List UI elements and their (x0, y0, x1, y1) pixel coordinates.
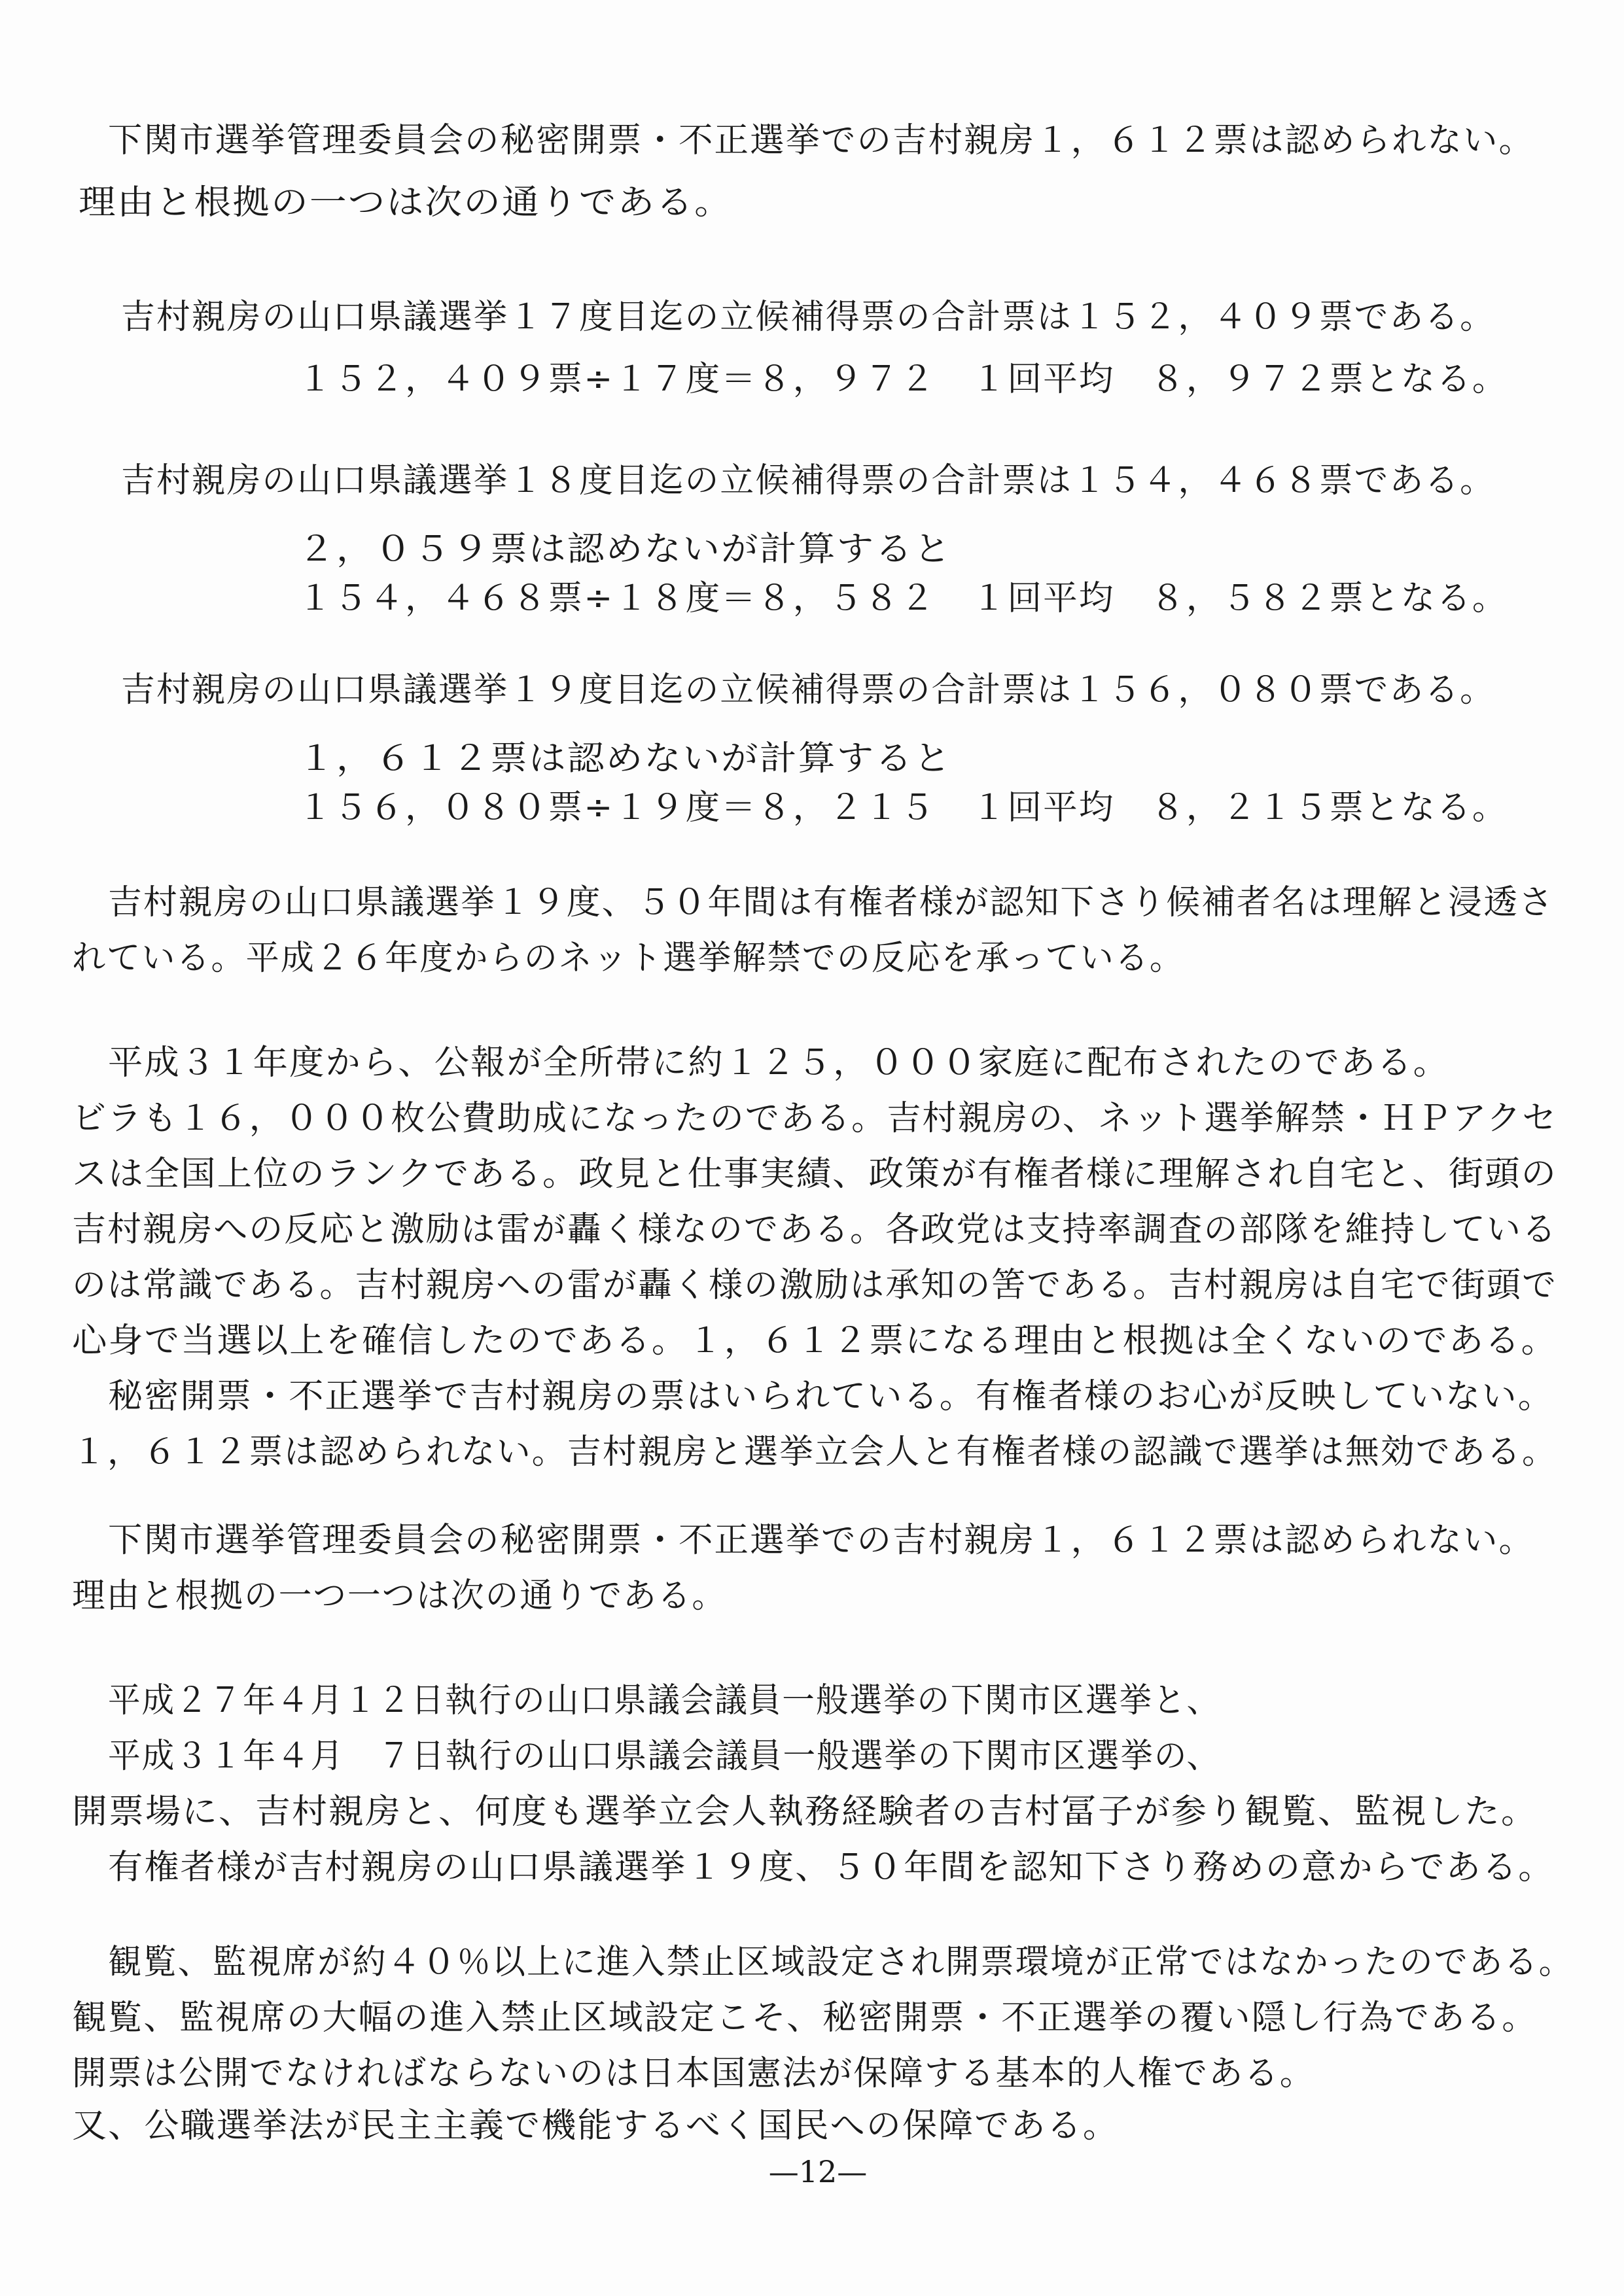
calculation-line: １５４，４６８票÷１８度＝８，５８２ １回平均 ８，５８２票となる。 (298, 576, 1508, 621)
paragraph-line: 下関市選挙管理委員会の秘密開票・不正選挙での吉村親房１，６１２票は認められない。 (108, 1518, 1534, 1563)
paragraph-line: 心身で当選以上を確信したのである。１，６１２票になる理由と根拠は全くないのである… (72, 1318, 1557, 1364)
paragraph-line: 理由と根拠の一つ一つは次の通りである。 (72, 1573, 726, 1619)
paragraph-line: 吉村親房の山口県議選挙１８度目迄の立候補得票の合計票は１５４，４６８票である。 (121, 458, 1495, 504)
paragraph-line: 吉村親房の山口県議選挙１９度、５０年間は有権者様が認知下さり候補者名は理解と浸透… (108, 880, 1554, 926)
calculation-line: １，６１２票は認めないが計算すると (298, 736, 952, 782)
paragraph-line: 観覧、監視席の大幅の進入禁止区域設定こそ、秘密開票・不正選挙の覆い隠し行為である… (72, 1995, 1538, 2041)
paragraph-line: 観覧、監視席が約４０％以上に進入禁止区域設定され開票環境が正常ではなかったのであ… (108, 1939, 1574, 1985)
paragraph-line: 下関市選挙管理委員会の秘密開票・不正選挙での吉村親房１，６１２票は認められない。 (108, 118, 1534, 164)
paragraph-line: 又、公職選挙法が民主主義で機能するべく国民への保障である。 (72, 2103, 1119, 2149)
paragraph-line: 吉村親房の山口県議選挙１７度目迄の立候補得票の合計票は１５２，４０９票である。 (121, 294, 1495, 340)
paragraph-line: ビラも１６，０００枚公費助成になったのである。吉村親房の、ネット選挙解禁・ＨＰア… (72, 1096, 1557, 1141)
paragraph-line: 平成２７年４月１２日執行の山口県議会議員一般選挙の下関市区選挙と、 (108, 1678, 1220, 1724)
paragraph-line: １，６１２票は認められない。吉村親房と選挙立会人と有権者様の認識で選挙は無効であ… (72, 1429, 1557, 1475)
paragraph-line: スは全国上位のランクである。政見と仕事実績、政策が有権者様に理解され自宅と、街頭… (72, 1151, 1557, 1197)
page-number: —12— (752, 2152, 883, 2191)
paragraph-line: のは常識である。吉村親房への雷が轟く様の激励は承知の筈である。吉村親房は自宅で街… (72, 1262, 1557, 1308)
paragraph-line: 平成３１年４月 ７日執行の山口県議会議員一般選挙の下関市区選挙の、 (108, 1733, 1220, 1779)
paragraph-line: 理由と根拠の一つは次の通りである。 (79, 180, 733, 226)
calculation-line: １５６，０８０票÷１９度＝８，２１５ １回平均 ８，２１５票となる。 (298, 785, 1508, 831)
paragraph-line: 吉村親房の山口県議選挙１９度目迄の立候補得票の合計票は１５６，０８０票である。 (121, 667, 1495, 713)
paragraph-line: れている。平成２６年度からのネット選挙解禁での反応を承っている。 (72, 935, 1184, 981)
paragraph-line: 開票は公開でなければならないのは日本国憲法が保障する基本的人権である。 (72, 2051, 1315, 2096)
paragraph-line: 秘密開票・不正選挙で吉村親房の票はいられている。有権者様のお心が反映していない。 (108, 1374, 1554, 1419)
paragraph-line: 有権者様が吉村親房の山口県議選挙１９度、５０年間を認知下さり務めの意からである。 (108, 1845, 1554, 1890)
document-page: 下関市選挙管理委員会の秘密開票・不正選挙での吉村親房１，６１２票は認められない。… (0, 0, 1624, 2296)
calculation-line: ２，０５９票は認めないが計算すると (298, 527, 952, 572)
paragraph-line: 平成３１年度から、公報が全所帯に約１２５，０００家庭に配布されたのである。 (108, 1040, 1449, 1086)
paragraph-line: 吉村親房への反応と激励は雷が轟く様なのである。各政党は支持率調査の部隊を維持して… (72, 1207, 1557, 1253)
calculation-line: １５２，４０９票÷１７度＝８，９７２ １回平均 ８，９７２票となる。 (298, 357, 1508, 402)
paragraph-line: 開票場に、吉村親房と、何度も選挙立会人執務経験者の吉村冨子が参り観覧、監視した。 (72, 1789, 1538, 1835)
